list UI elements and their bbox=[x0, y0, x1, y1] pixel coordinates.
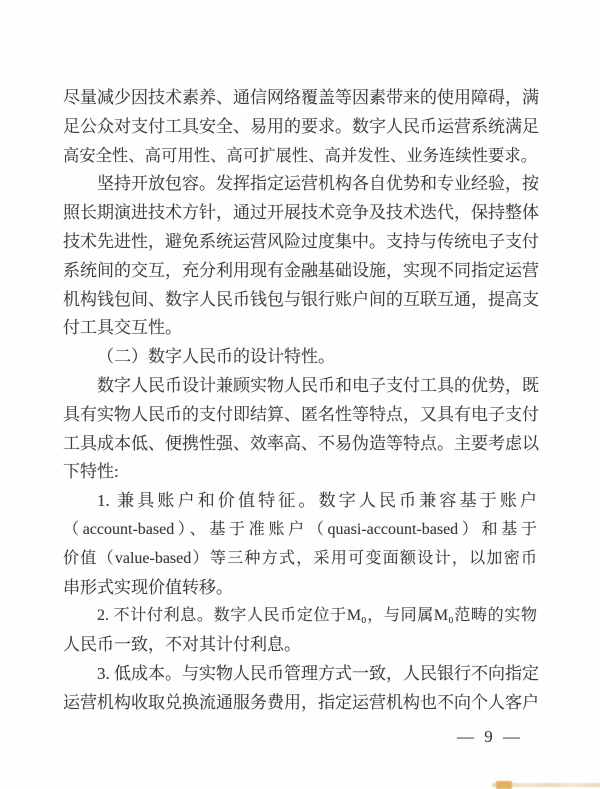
text-line: 高安全性、高可用性、高可扩展性、高并发性、业务连续性要求。 bbox=[63, 142, 537, 171]
document-body: 尽量减少因技术素养、通信网络覆盖等因素带来的使用障碍，满 足公众对支付工具安全、… bbox=[63, 84, 537, 718]
text-line: 机构钱包间、数字人民币钱包与银行账户间的互联互通，提高支 bbox=[63, 286, 537, 315]
text-line: 运营机构收取兑换流通服务费用，指定运营机构也不向个人客户 bbox=[63, 689, 537, 718]
watermark-strip-icon bbox=[492, 783, 600, 787]
document-page: 尽量减少因技术素养、通信网络覆盖等因素带来的使用障碍，满 足公众对支付工具安全、… bbox=[0, 0, 600, 789]
text-line: 付工具交互性。 bbox=[63, 314, 537, 343]
section-heading: （二）数字人民币的设计特性。 bbox=[63, 343, 537, 372]
text-line: 2. 不计付利息。数字人民币定位于M₀，与同属M₀范畴的实物 bbox=[63, 602, 537, 631]
text-line: 系统间的交互，充分利用现有金融基础设施，实现不同指定运营 bbox=[63, 257, 537, 286]
text-line: 足公众对支付工具安全、易用的要求。数字人民币运营系统满足 bbox=[63, 113, 537, 142]
text-line: 串形式实现价值转移。 bbox=[63, 574, 537, 603]
text-line: 坚持开放包容。发挥指定运营机构各自优势和专业经验，按 bbox=[63, 170, 537, 199]
text-line: 1. 兼具账户和价值特征。数字人民币兼容基于账户 bbox=[63, 487, 537, 516]
text-line: 数字人民币设计兼顾实物人民币和电子支付工具的优势，既 bbox=[63, 372, 537, 401]
text-line: 技术先进性，避免系统运营风险过度集中。支持与传统电子支付 bbox=[63, 228, 537, 257]
text-line: 尽量减少因技术素养、通信网络覆盖等因素带来的使用障碍，满 bbox=[63, 84, 537, 113]
text-line: （account-based）、基于准账户（quasi-account-base… bbox=[63, 516, 537, 545]
text-line: 具有实物人民币的支付即结算、匿名性等特点，又具有电子支付 bbox=[63, 401, 537, 430]
text-line: 人民币一致，不对其计付利息。 bbox=[63, 631, 537, 660]
text-line: 价值（value-based）等三种方式，采用可变面额设计，以加密币 bbox=[63, 545, 537, 574]
corner-watermark bbox=[492, 781, 600, 789]
text-line: 3. 低成本。与实物人民币管理方式一致，人民银行不向指定 bbox=[63, 660, 537, 689]
text-line: 下特性: bbox=[63, 458, 537, 487]
text-line: 照长期演进技术方针，通过开展技术竞争及技术迭代，保持整体 bbox=[63, 199, 537, 228]
page-number: — 9 — bbox=[457, 727, 523, 747]
text-line: 工具成本低、便携性强、效率高、不易伪造等特点。主要考虑以 bbox=[63, 430, 537, 459]
